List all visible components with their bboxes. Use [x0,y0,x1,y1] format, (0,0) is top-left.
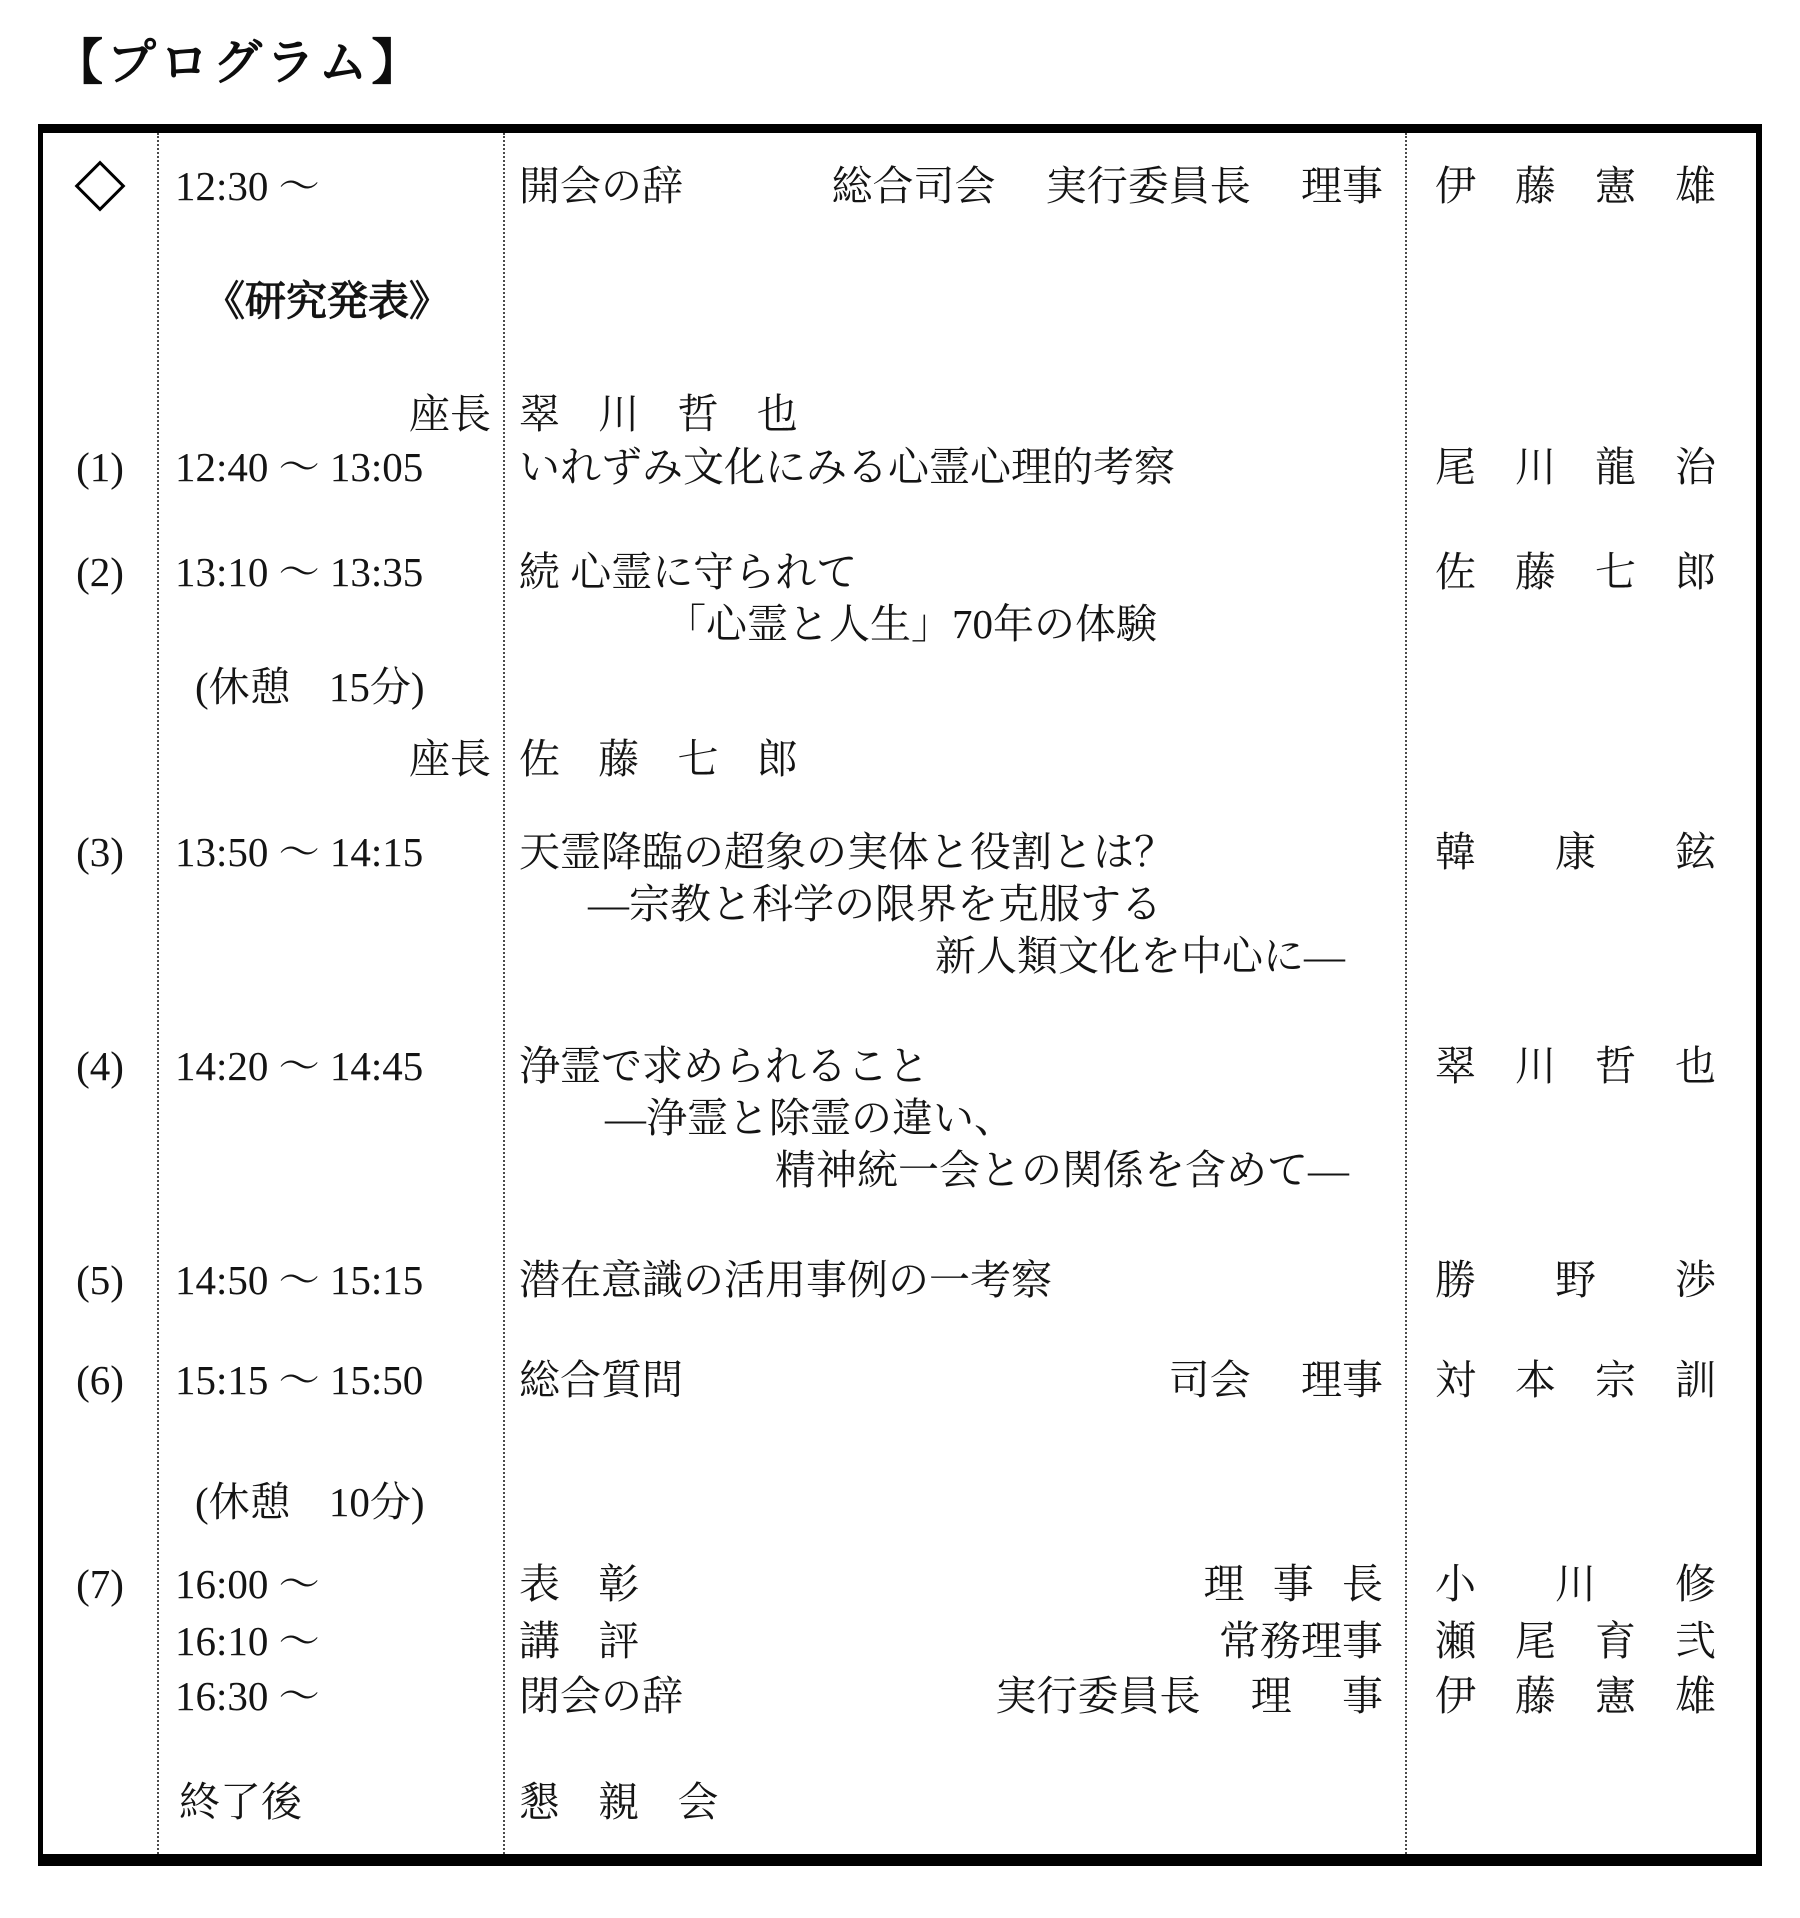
item-title-cell: 浄霊で求められること ―浄霊と除霊の違い、 精神統一会との関係を含めて― [503,1040,1405,1196]
item-subtitle: 新人類文化を中心に― [935,930,1405,982]
closing-role: 理 事 長 [1204,1558,1384,1610]
item-number: (4) [43,1040,157,1196]
item-name-cell: 佐 藤 七 郎 [1405,546,1756,650]
presenter-name: 瀬 尾 育 弐 [1435,1615,1716,1667]
closing-time: 16:30 ～ [157,1670,503,1722]
page-title: 【プログラム】 [54,24,425,94]
empty-cell [503,275,1405,327]
closing-role: 常務理事 [1219,1615,1383,1667]
empty-cell [1405,1476,1756,1528]
item-title: 総合質問 [519,1354,683,1406]
chair-label: 座長 [157,733,503,785]
presenter-name: 伊 藤 憲 雄 [1435,160,1716,212]
table-row-opening: 12:30 ～ 開会の辞 総合司会 実行委員長 理事 伊 藤 憲 雄 [43,160,1756,216]
table-row-break-1: (休憩 15分) [43,661,1756,713]
row-marker-empty [43,388,157,440]
closing-title: 閉会の辞 [519,1670,683,1722]
item-title-cell: 天霊降臨の超象の実体と役割とは？ ―宗教と科学の限界を克服する 新人類文化を中心… [503,826,1405,982]
presenter-name: 韓 康 鉉 [1435,826,1716,878]
presenter-name: 尾 川 龍 治 [1435,441,1716,493]
chair-name: 佐 藤 七 郎 [503,733,1405,785]
item-time: 13:10 ～ 13:35 [157,546,503,650]
chair-name: 翠 川 哲 也 [503,388,1405,440]
table-row-chair-1: 座長 翠 川 哲 也 [43,388,1756,440]
table-row-closing-1: (7) 16:00 ～ 表 彰 理 事 長 小 川 修 [43,1558,1756,1610]
closing-name-cell: 小 川 修 [1405,1558,1756,1610]
row-marker-empty [43,733,157,785]
chair-label: 座長 [157,388,503,440]
item-title-cell: 続 心霊に守られて 「心霊と人生」70年の体験 [503,546,1405,650]
item-name-cell: 対 本 宗 訓 [1405,1354,1756,1406]
item-time: 14:50 ～ 15:15 [157,1254,503,1306]
item-name-cell: 翠 川 哲 也 [1405,1040,1756,1196]
item-name-cell: 韓 康 鉉 [1405,826,1756,982]
presenter-name: 対 本 宗 訓 [1435,1354,1716,1406]
table-row-chair-2: 座長 佐 藤 七 郎 [43,733,1756,785]
opening-time: 12:30 ～ [157,160,503,216]
program-table: 12:30 ～ 開会の辞 総合司会 実行委員長 理事 伊 藤 憲 雄 《研究発表… [38,124,1762,1866]
program-sheet: 【プログラム】 12:30 ～ 開会の辞 総合司会 実行委員長 理事 伊 藤 憲… [0,0,1800,1918]
closing-role: 実行委員長 理 事 [996,1670,1384,1722]
closing-name-cell: 伊 藤 憲 雄 [1405,1670,1756,1722]
row-marker-empty [43,1670,157,1722]
item-role: 司会 理事 [1169,1354,1383,1406]
empty-cell [503,661,1405,713]
item-number: (2) [43,546,157,650]
item-name-cell: 尾 川 龍 治 [1405,441,1756,493]
item-number: (1) [43,441,157,493]
item-number: (5) [43,1254,157,1306]
table-row-break-2: (休憩 10分) [43,1476,1756,1528]
empty-cell [1405,733,1756,785]
closing-title: 講 評 [519,1615,639,1667]
presenter-name: 伊 藤 憲 雄 [1435,1670,1716,1722]
item-subtitle: ―宗教と科学の限界を克服する [588,878,1405,930]
after-time: 終了後 [157,1776,503,1828]
presenter-name: 佐 藤 七 郎 [1435,546,1716,598]
table-row-session-header: 《研究発表》 [43,275,1756,327]
item-time: 14:20 ～ 14:45 [157,1040,503,1196]
empty-cell [1405,388,1756,440]
table-row-after-party: 終了後 懇 親 会 [43,1776,1756,1828]
row-marker-empty [43,1476,157,1528]
table-row-item-2: (2) 13:10 ～ 13:35 続 心霊に守られて 「心霊と人生」70年の体… [43,546,1756,650]
table-row-item-4: (4) 14:20 ～ 14:45 浄霊で求められること ―浄霊と除霊の違い、 … [43,1040,1756,1196]
table-row-closing-3: 16:30 ～ 閉会の辞 実行委員長 理 事 伊 藤 憲 雄 [43,1670,1756,1722]
empty-cell [1405,661,1756,713]
item-title: 天霊降臨の超象の実体と役割とは？ [519,826,1405,878]
item-subtitle: 「心霊と人生」70年の体験 [665,598,1405,650]
item-number: (6) [43,1354,157,1406]
closing-title-cell: 表 彰 理 事 長 [503,1558,1405,1610]
closing-title-cell: 閉会の辞 実行委員長 理 事 [503,1670,1405,1722]
after-title: 懇 親 会 [503,1776,1405,1828]
closing-time: 16:10 ～ [157,1615,503,1667]
item-title: 潜在意識の活用事例の一考察 [503,1254,1405,1306]
item-title-cell: 総合質問 司会 理事 [503,1354,1405,1406]
closing-title: 表 彰 [519,1558,639,1610]
opening-name-cell: 伊 藤 憲 雄 [1405,160,1756,216]
closing-name-cell: 瀬 尾 育 弐 [1405,1615,1756,1667]
diamond-icon [75,161,126,212]
presenter-name: 勝 野 渉 [1435,1254,1716,1306]
row-marker-empty [43,275,157,327]
item-title: 浄霊で求められること [519,1040,1405,1092]
presenter-name: 小 川 修 [1435,1558,1716,1610]
item-subtitle: 精神統一会との関係を含めて― [775,1144,1405,1196]
table-row-item-5: (5) 14:50 ～ 15:15 潜在意識の活用事例の一考察 勝 野 渉 [43,1254,1756,1306]
row-marker [43,160,157,216]
table-row-item-6: (6) 15:15 ～ 15:50 総合質問 司会 理事 対 本 宗 訓 [43,1354,1756,1406]
presenter-name: 翠 川 哲 也 [1435,1040,1716,1092]
item-title: いれずみ文化にみる心霊心理的考察 [503,441,1405,493]
row-marker-empty [43,661,157,713]
empty-cell [1405,275,1756,327]
break-label: (休憩 15分) [157,661,503,713]
item-time: 15:15 ～ 15:50 [157,1354,503,1406]
table-row-item-3: (3) 13:50 ～ 14:15 天霊降臨の超象の実体と役割とは？ ―宗教と科… [43,826,1756,982]
item-subtitle: ―浄霊と除霊の違い、 [605,1092,1405,1144]
item-time: 12:40 ～ 13:05 [157,441,503,493]
table-row-closing-2: 16:10 ～ 講 評 常務理事 瀬 尾 育 弐 [43,1615,1756,1667]
table-row-item-1: (1) 12:40 ～ 13:05 いれずみ文化にみる心霊心理的考察 尾 川 龍… [43,441,1756,493]
row-marker-empty [43,1615,157,1667]
item-name-cell: 勝 野 渉 [1405,1254,1756,1306]
row-marker-empty [43,1776,157,1828]
empty-cell [503,1476,1405,1528]
opening-title-cell: 開会の辞 総合司会 実行委員長 理事 [503,160,1405,216]
item-title: 続 心霊に守られて [519,546,1405,598]
opening-title: 開会の辞 [519,160,683,216]
break-label: (休憩 10分) [157,1476,503,1528]
closing-title-cell: 講 評 常務理事 [503,1615,1405,1667]
empty-cell [1405,1776,1756,1828]
closing-time: 16:00 ～ [157,1558,503,1610]
opening-role: 総合司会 実行委員長 理事 [832,160,1384,216]
session-header: 《研究発表》 [157,275,503,327]
item-time: 13:50 ～ 14:15 [157,826,503,982]
item-number: (3) [43,826,157,982]
item-number: (7) [43,1558,157,1610]
